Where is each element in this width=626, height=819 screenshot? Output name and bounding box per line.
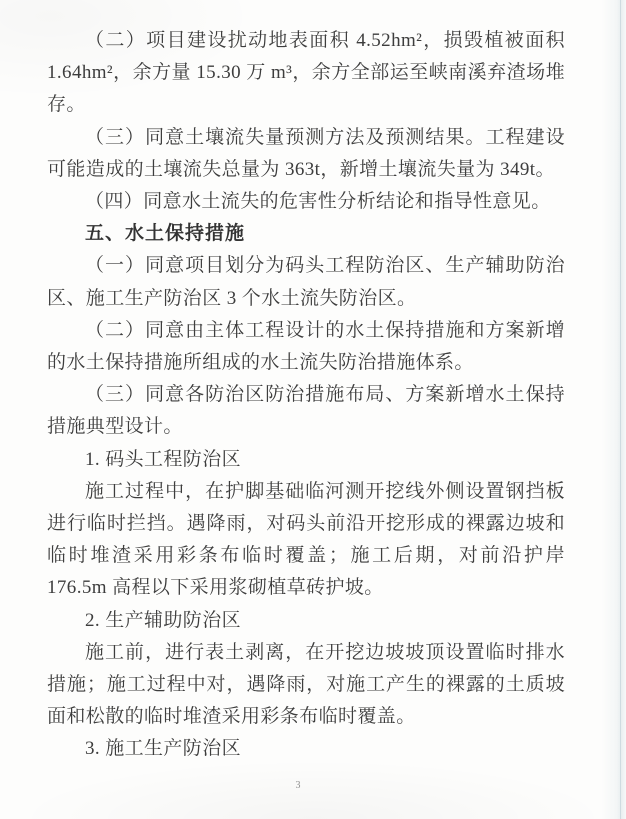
paragraph-soil-loss-prediction: （三）同意土壤流失量预测方法及预测结果。工程建设可能造成的土壤流失总量为 363… <box>47 122 565 186</box>
subheading-wharf-zone: 1. 码头工程防治区 <box>47 444 565 476</box>
paragraph-wharf-zone-measures: 施工过程中，在护脚基础临河测开挖线外侧设置钢挡板进行临时拦挡。遇降雨，对码头前沿… <box>47 476 565 605</box>
paragraph-zone-division: （一）同意项目划分为码头工程防治区、生产辅助防治区、施工生产防治区 3 个水土流… <box>47 250 565 314</box>
paragraph-production-aux-measures: 施工前，进行表土剥离，在开挖边坡坡顶设置临时排水措施；施工过程中对，遇降雨，对施… <box>47 637 565 734</box>
subheading-construction-zone: 3. 施工生产防治区 <box>47 733 565 765</box>
paragraph-hazard-analysis: （四）同意水土流失的危害性分析结论和指导性意见。 <box>47 186 565 218</box>
paragraph-measure-system: （二）同意由主体工程设计的水土保持措施和方案新增的水土保持措施所组成的水土流失防… <box>47 315 565 379</box>
document-page: （二）项目建设扰动地表面积 4.52hm²，损毁植被面积 1.64hm²，余方量… <box>0 0 626 819</box>
page-number: 3 <box>0 780 596 791</box>
paragraph-measure-layout: （三）同意各防治区防治措施布局、方案新增水土保持措施典型设计。 <box>47 379 565 443</box>
paragraph-disturbed-area: （二）项目建设扰动地表面积 4.52hm²，损毁植被面积 1.64hm²，余方量… <box>47 25 565 122</box>
subheading-production-aux-zone: 2. 生产辅助防治区 <box>47 605 565 637</box>
document-body: （二）项目建设扰动地表面积 4.52hm²，损毁植被面积 1.64hm²，余方量… <box>47 25 565 766</box>
section-heading-five: 五、水土保持措施 <box>47 218 565 250</box>
